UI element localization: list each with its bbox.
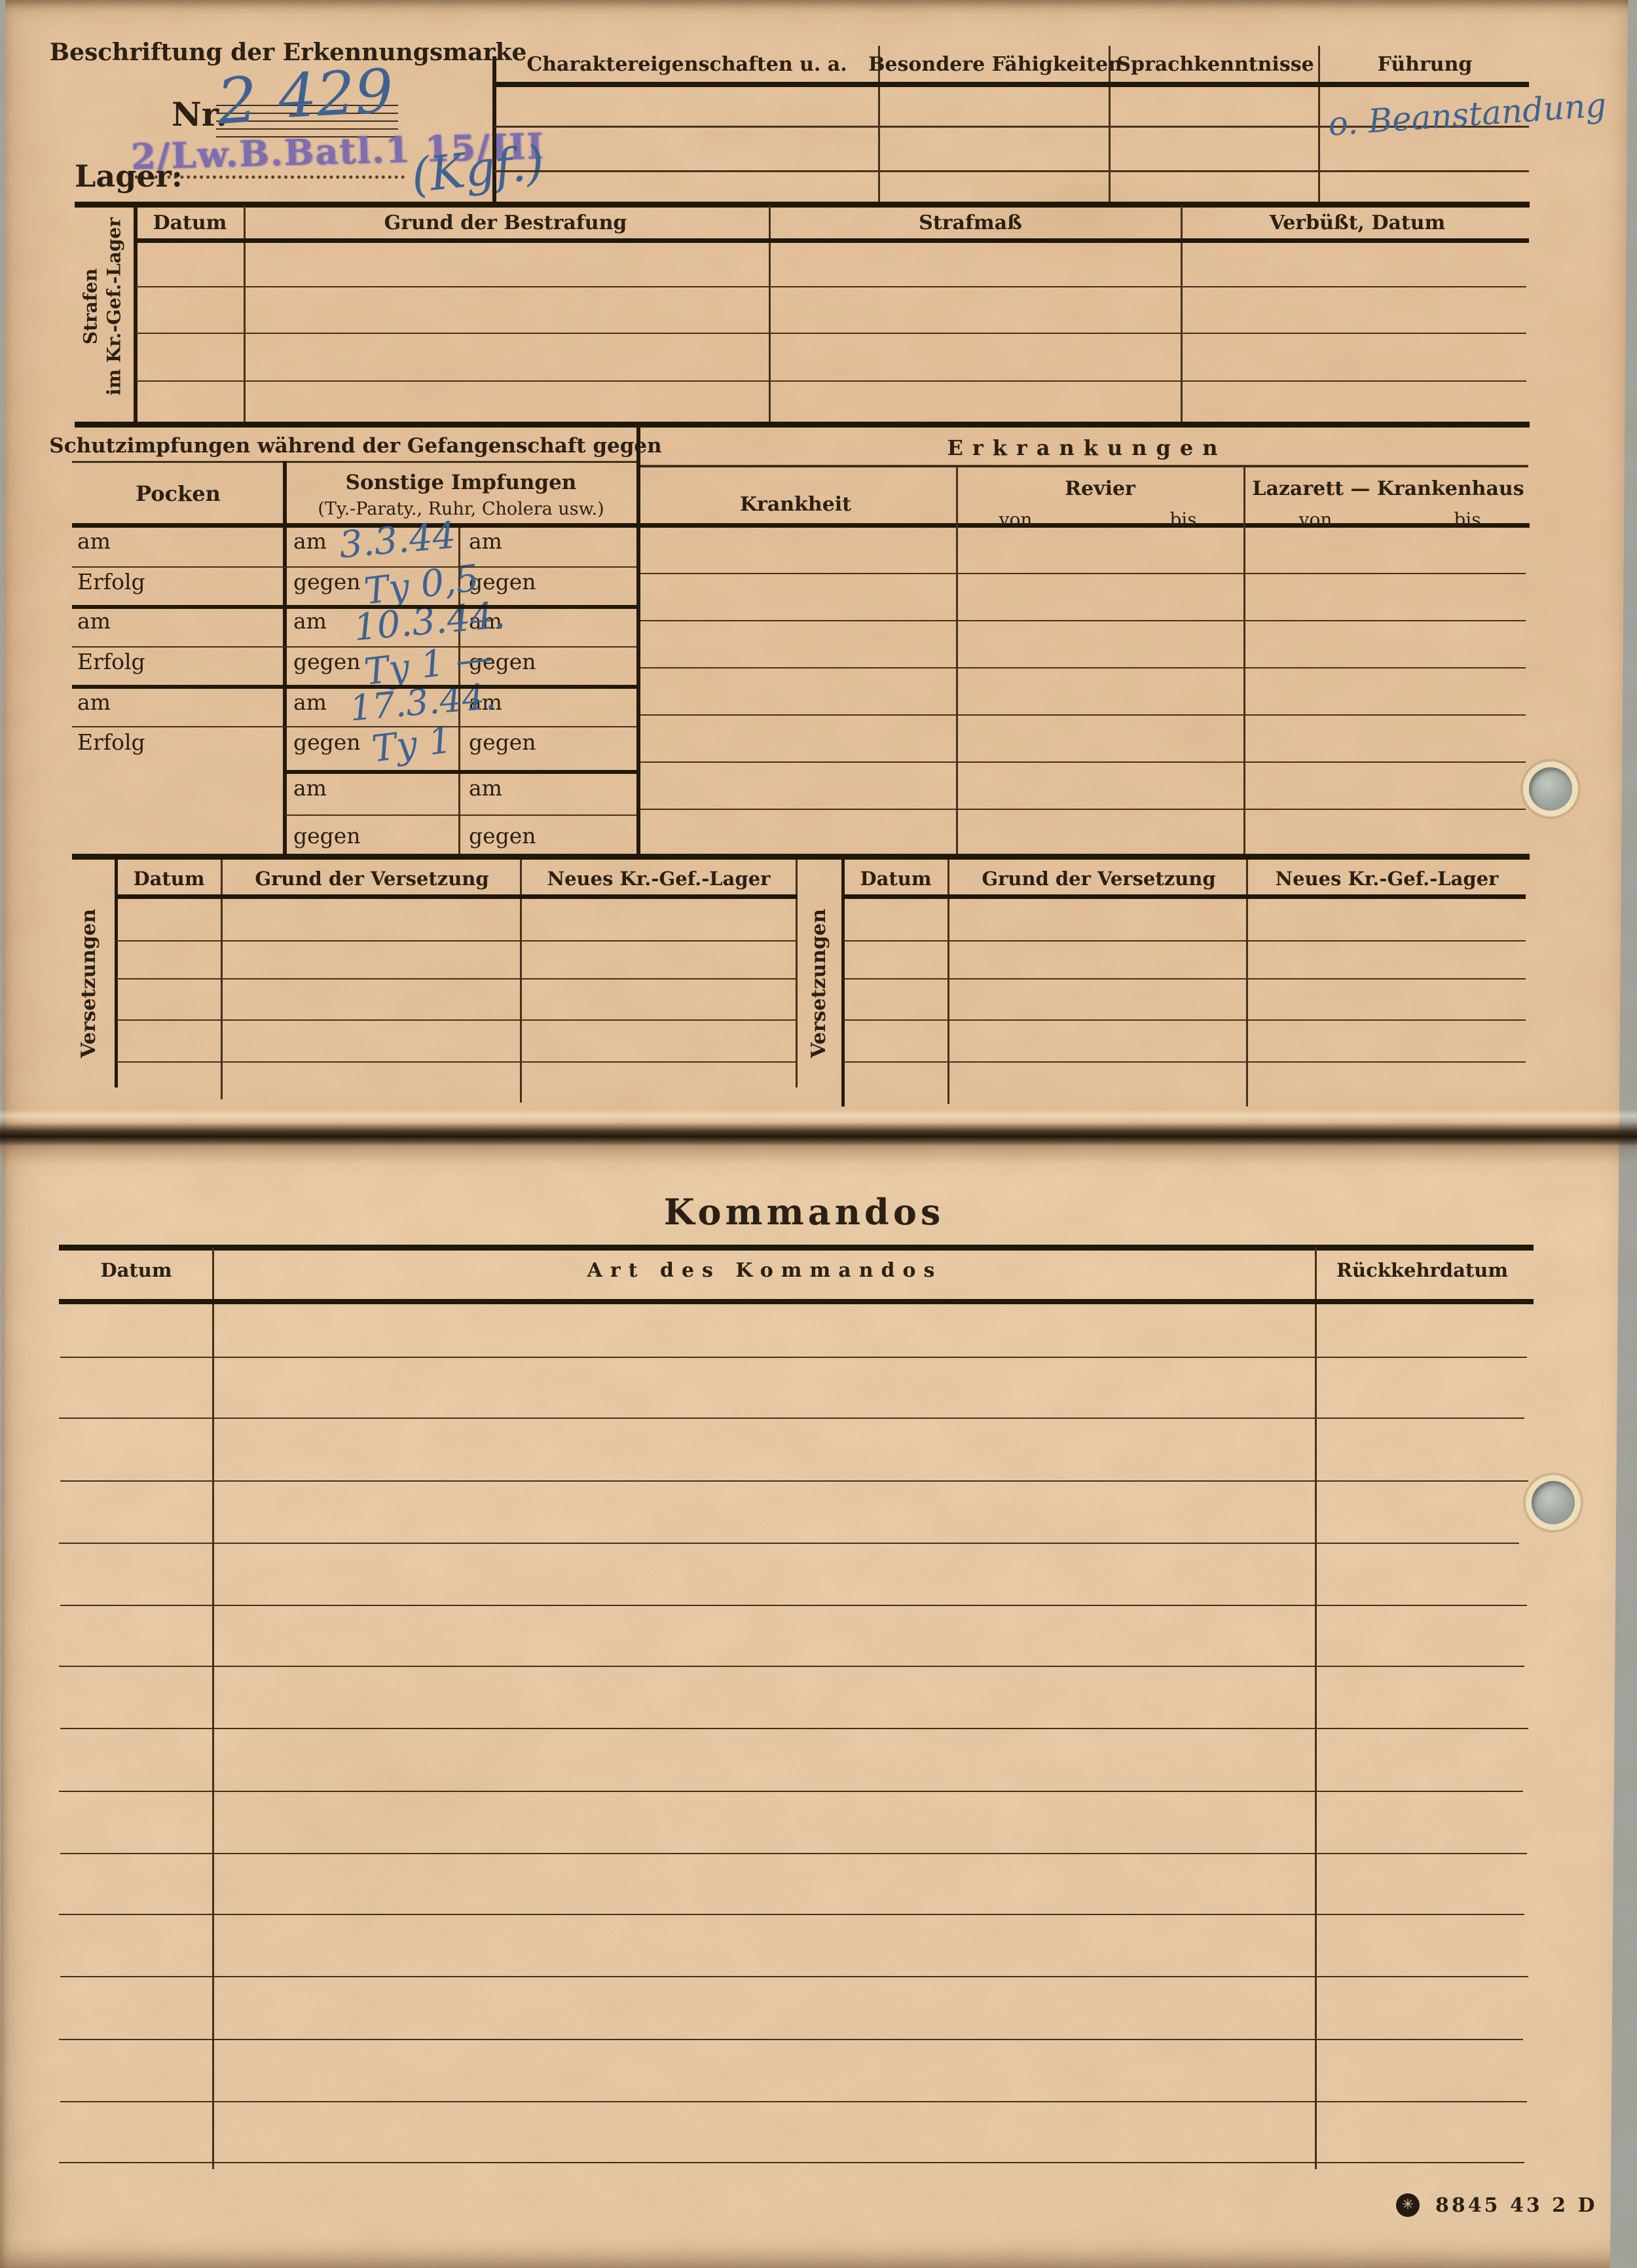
printer-emblem-icon: ✳ <box>1396 2193 1420 2217</box>
transfers-side-label-text: Versetzungen <box>807 909 830 1058</box>
label-am: am <box>293 691 327 713</box>
label-am: am <box>293 530 327 552</box>
h-divider <box>117 978 797 979</box>
h-divider <box>117 1061 797 1063</box>
h-divider <box>843 940 1526 942</box>
assessment-col-languages: Sprachkenntnisse <box>1116 55 1314 75</box>
h-divider <box>72 566 636 568</box>
fold-crease <box>0 1122 1637 1148</box>
h-divider <box>285 814 636 816</box>
vaccinations-col-other-2: (Ty.-Paraty., Ruhr, Cholera usw.) <box>318 500 604 518</box>
label-gegen: gegen <box>469 731 536 753</box>
h-divider-thick <box>843 894 1526 899</box>
kommandos-col-return: Rückkehrdatum <box>1336 1261 1508 1280</box>
h-divider-thick <box>117 894 798 899</box>
h-divider <box>843 1019 1526 1021</box>
h-divider <box>136 333 1526 334</box>
punishments-col-penalty: Strafmaß <box>919 213 1022 233</box>
h-divider-thick <box>285 770 636 774</box>
transfers-col-reason: Grund der Versetzung <box>255 869 488 888</box>
label-am: am <box>77 530 111 552</box>
fold-shadow <box>0 1147 1637 1164</box>
h-divider <box>59 1666 1524 1667</box>
assessment-col-abilities: Besondere Fähigkeiten <box>868 55 1122 75</box>
h-divider <box>72 461 636 463</box>
h-divider <box>640 809 1526 810</box>
h-divider <box>72 646 636 648</box>
h-divider <box>640 573 1526 574</box>
illnesses-col-sickbay: Revier <box>1065 479 1135 499</box>
assessment-col-conduct: Führung <box>1378 55 1473 75</box>
kommandos-col-date: Datum <box>100 1261 172 1280</box>
v-divider <box>134 204 138 426</box>
punishments-side-label-line1: Strafen <box>80 268 101 344</box>
id-title: Beschriftung der Erkennungsmarke <box>50 41 527 64</box>
h-divider <box>640 620 1526 621</box>
h-divider <box>640 714 1526 716</box>
h-divider <box>60 1357 1527 1358</box>
label-gegen: gegen <box>469 825 536 847</box>
h-divider <box>640 667 1526 668</box>
lager-value-handwritten: (Kgf.) <box>409 139 546 200</box>
h-divider <box>60 2101 1527 2102</box>
transfers-col-date: Datum <box>133 869 204 888</box>
h-divider-thick <box>136 238 1529 243</box>
h-divider <box>117 1019 797 1021</box>
transfers-side-label-left: Versetzungen <box>77 883 103 1084</box>
label-gegen: gegen <box>293 571 361 593</box>
label-bis: bis <box>1169 511 1196 529</box>
section-border-thick <box>72 854 1530 860</box>
vaccinations-col-smallpox: Pocken <box>136 483 221 504</box>
h-divider <box>60 1480 1528 1482</box>
hole-punch-top <box>1529 767 1572 811</box>
h-divider <box>59 1417 1524 1419</box>
h-divider <box>494 170 1529 172</box>
label-am: am <box>77 610 111 632</box>
nr-value-handwritten-2: 429 <box>277 61 395 127</box>
h-divider <box>59 1791 1523 1792</box>
label-von: von <box>999 511 1033 529</box>
label-am: am <box>469 530 502 552</box>
punishments-col-date: Datum <box>153 213 227 233</box>
illnesses-col-hospital: Lazarett — Krankenhaus <box>1252 479 1524 499</box>
transfers-col-reason: Grund der Versetzung <box>982 869 1215 888</box>
h-divider <box>59 1543 1519 1544</box>
kommandos-col-type: Art des Kommandos <box>587 1261 943 1281</box>
transfers-side-label-text: Versetzungen <box>77 909 100 1058</box>
label-am: am <box>77 691 111 713</box>
h-divider <box>59 2162 1524 2163</box>
scanned-pow-record-card: Beschriftung der Erkennungsmarke Nr. 2 4… <box>0 0 1637 2268</box>
h-divider <box>117 940 797 942</box>
punishments-col-reason: Grund der Bestrafung <box>384 213 627 233</box>
assessment-col-traits: Charaktereigenschaften u. a. <box>526 55 847 75</box>
label-gegen: gegen <box>293 651 361 672</box>
transfers-col-date: Datum <box>860 869 931 888</box>
fold-highlight <box>0 1109 1637 1122</box>
label-erfolg: Erfolg <box>77 571 145 593</box>
transfers-col-new-camp: Neues Kr.-Gef.-Lager <box>1276 869 1499 888</box>
v-divider <box>283 461 287 858</box>
label-bis: bis <box>1454 511 1481 529</box>
v-divider <box>1243 467 1245 858</box>
nr-value-handwritten-1: 2 <box>215 68 260 134</box>
transfers-side-label-right: Versetzungen <box>807 883 834 1084</box>
h-divider <box>640 761 1526 763</box>
punishments-side-label: Strafen im Kr.-Gef.-Lager <box>79 194 129 420</box>
illnesses-col-disease: Krankheit <box>740 495 851 515</box>
v-divider <box>956 467 958 858</box>
v-divider <box>212 1247 214 2169</box>
label-von: von <box>1299 511 1333 529</box>
h-divider <box>60 1853 1527 1854</box>
vacc-entry-date-1: 3.3.44 <box>338 517 457 564</box>
h-divider <box>60 1728 1528 1729</box>
h-divider <box>843 1061 1526 1063</box>
h-divider <box>59 2039 1523 2040</box>
h-divider <box>72 726 636 727</box>
h-divider <box>843 978 1526 979</box>
h-divider <box>136 380 1526 382</box>
vacc-entry-against-3: Ty 1 <box>370 722 454 769</box>
vaccinations-col-other-1: Sonstige Impfungen <box>346 473 577 493</box>
label-am: am <box>293 610 327 632</box>
print-code: 8845 43 2 D <box>1435 2196 1597 2216</box>
label-erfolg: Erfolg <box>77 651 145 672</box>
section-border-thick <box>75 422 1530 428</box>
punishments-col-served: Verbüßt, Datum <box>1270 213 1446 233</box>
h-divider-thick <box>59 1245 1534 1251</box>
v-divider <box>636 426 640 858</box>
vaccinations-title: Schutzimpfungen während der Gefangenscha… <box>49 436 661 456</box>
v-divider <box>492 56 496 206</box>
h-divider <box>59 1914 1524 1915</box>
h-divider-thick <box>72 605 636 609</box>
h-divider <box>60 1605 1527 1606</box>
lager-dotted-line <box>128 175 405 179</box>
kommandos-title: Kommandos <box>664 1194 944 1230</box>
h-divider-thick <box>72 685 636 689</box>
h-divider-thick <box>59 1299 1534 1304</box>
h-divider <box>60 1976 1528 1977</box>
label-am: am <box>469 777 502 799</box>
transfers-col-new-camp: Neues Kr.-Gef.-Lager <box>547 869 771 888</box>
h-divider-thick <box>494 82 1529 87</box>
punishments-side-label-line2: im Kr.-Gef.-Lager <box>103 217 125 395</box>
label-erfolg: Erfolg <box>77 731 145 753</box>
label-gegen: gegen <box>293 825 361 847</box>
label-am: am <box>293 777 327 799</box>
v-divider <box>1315 1247 1317 2169</box>
section-border-thick <box>75 202 1530 208</box>
illnesses-title: Erkrankungen <box>947 437 1227 458</box>
hole-punch-bottom <box>1532 1481 1575 1524</box>
label-gegen: gegen <box>293 731 361 753</box>
h-divider <box>136 286 1526 287</box>
h-divider <box>640 465 1528 467</box>
